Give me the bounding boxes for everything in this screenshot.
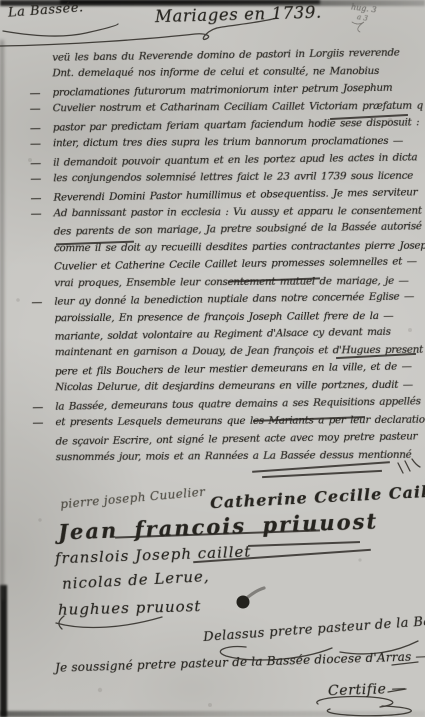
scan-edge-left [0, 585, 7, 717]
certify-note: Certifie — [328, 681, 407, 700]
signature-groom: pierre joseph Cuuelier [60, 485, 206, 512]
corner-annotation: hug. 3 [351, 2, 378, 14]
margin-dash: — [31, 205, 42, 223]
signature-witness-3: nicolas de Lerue, [62, 567, 210, 593]
scan-edge-bottom [0, 711, 425, 717]
page-title: Mariages en 1739. [155, 3, 322, 26]
signature-witness-1: Jean francois priuuost [58, 508, 379, 544]
margin-dash: — [31, 294, 42, 312]
flourish-archive-underline [3, 24, 118, 36]
ink-blot [237, 588, 265, 609]
corner-annotation-2: a 3 [356, 13, 368, 23]
margin-dash: — [30, 136, 41, 154]
margin-dash: — [32, 415, 43, 433]
signature-pastor: Delassus pretre pasteur de la Bassée [203, 612, 425, 645]
margin-dash: — [30, 101, 41, 119]
manuscript-page: La Bassée. Mariages en 1739. hug. 3 a 3 … [0, 0, 425, 717]
attestation-line: Je soussigné pretre pasteur de la Bassée… [55, 649, 425, 675]
flourish-hughues-underline [56, 617, 162, 628]
margin-dash: — [30, 170, 41, 188]
signature-witness-4: hughues pruuost [58, 597, 202, 619]
strikethrough-mark [262, 470, 382, 478]
signature-bride: Catherine Cecille Caillet [210, 481, 425, 513]
corner-squiggle [352, 22, 364, 32]
strikethrough-mark [248, 541, 360, 547]
scan-edge-left-faint [0, 40, 4, 600]
signature-witness-2: franslois Joseph caillet [55, 543, 252, 568]
margin-dash: — [30, 189, 41, 207]
manuscript-body: veü les bans du Reverende domino de past… [52, 45, 424, 467]
